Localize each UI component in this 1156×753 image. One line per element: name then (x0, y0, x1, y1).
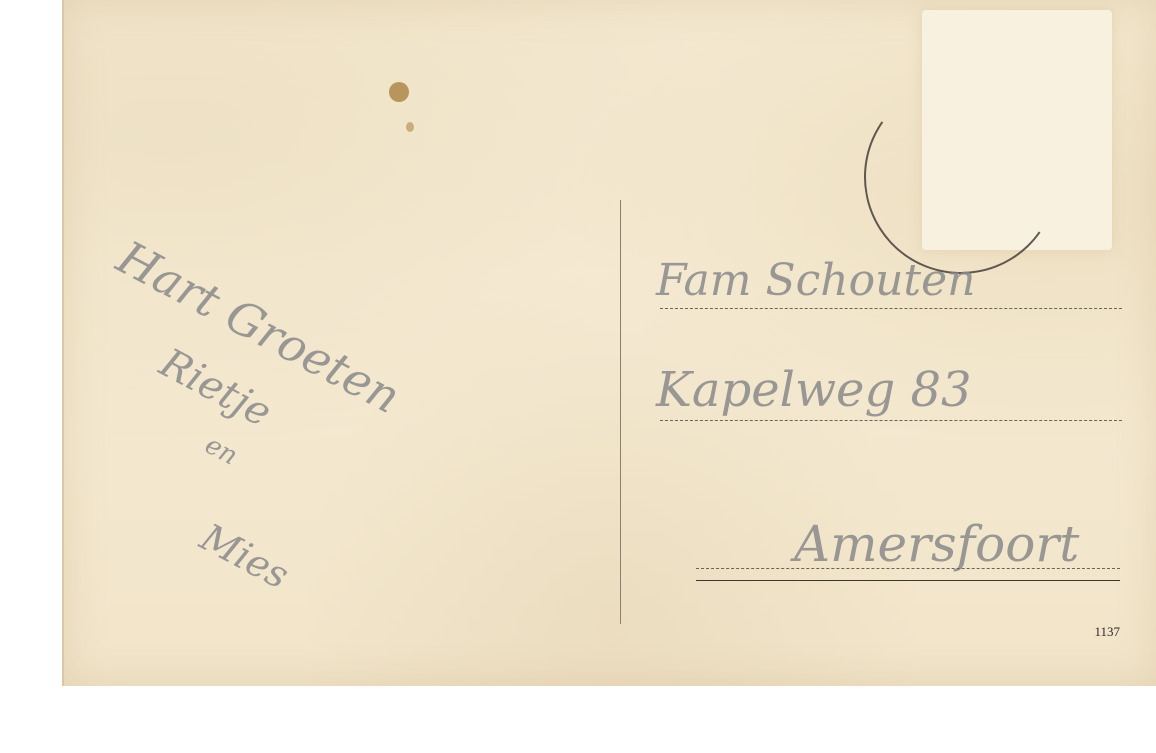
address-line-3 (696, 568, 1120, 569)
address-street: Kapelweg 83 (656, 362, 972, 418)
address-line-3-underline (696, 580, 1120, 581)
message-line: en (200, 430, 242, 472)
message-line: Mies (193, 515, 296, 598)
address-line-1 (660, 308, 1122, 309)
divider-line (620, 200, 621, 624)
print-number: 1137 (1094, 624, 1120, 640)
postcard-back: Hart Groeten Rietje en Mies Fam Schouten… (62, 0, 1156, 686)
address-line-2 (660, 420, 1122, 421)
stain (406, 122, 414, 132)
stain (389, 82, 409, 102)
address-city: Amersfoort (794, 515, 1079, 573)
address-name: Fam Schouten (656, 255, 976, 306)
